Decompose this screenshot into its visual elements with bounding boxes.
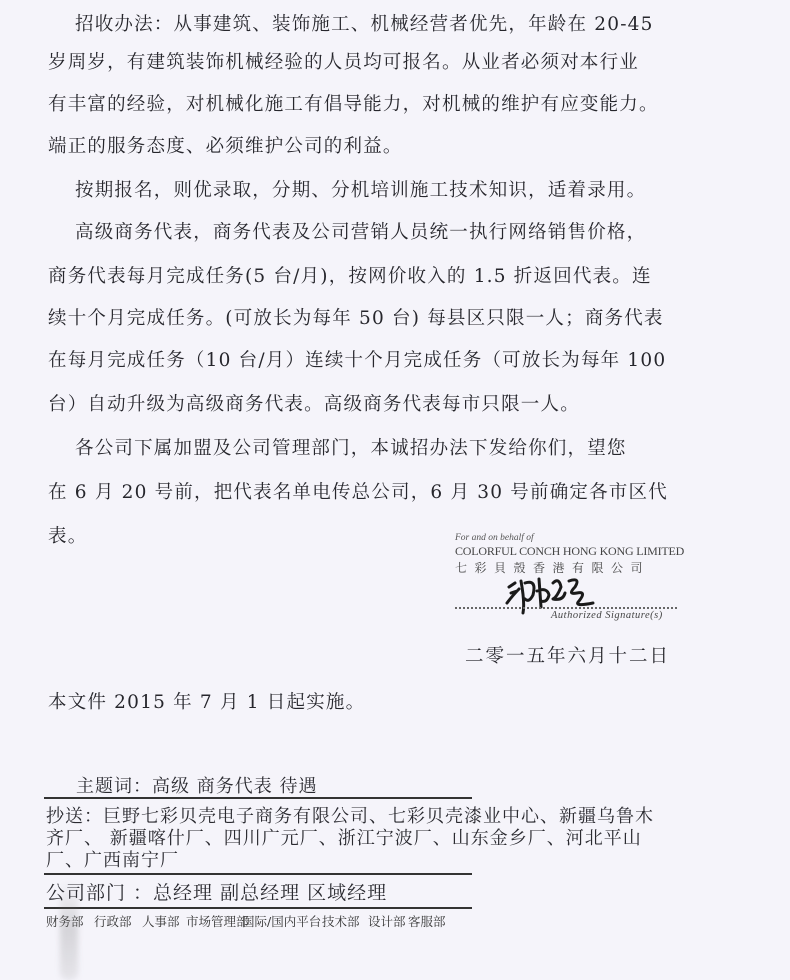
paragraph-line: 高级商务代表，商务代表及公司营销人员统一执行网络销售价格， — [75, 218, 646, 244]
paragraph-line: 有丰富的经验，对机械化施工有倡导能力，对机械的维护有应变能力。 — [48, 90, 659, 116]
document-date: 二零一五年六月十二日 — [465, 642, 670, 668]
cc-line: 厂、广西南宁厂 — [46, 846, 179, 872]
paragraph-line: 台）自动升级为高级商务代表。高级商务代表每市只限一人。 — [48, 390, 580, 416]
paragraph-line: 续十个月完成任务。(可放长为每年 50 台) 每县区只限一人；商务代表 — [48, 304, 664, 330]
department-item: 人事部 — [142, 912, 180, 930]
authorized-signature-label: Authorized Signature(s) — [551, 610, 663, 621]
divider — [44, 797, 472, 799]
signature-block: For and on behalf of COLORFUL CONCH HONG… — [455, 533, 695, 576]
for-behalf-text: For and on behalf of — [455, 533, 695, 543]
paragraph-line: 在 6 月 20 号前，把代表名单电传总公司，6 月 30 号前确定各市区代 — [48, 478, 668, 504]
paragraph-line: 端正的服务态度、必须维护公司的利益。 — [48, 132, 403, 158]
document-page: 招收办法：从事建筑、装饰施工、机械经营者优先，年龄在 20-45 岁周岁，有建筑… — [0, 0, 790, 980]
company-departments-line: 公司部门 ：总经理 副总经理 区域经理 — [46, 878, 387, 905]
department-item: 市场管理部 — [186, 912, 249, 930]
signature-line — [455, 607, 677, 609]
department-item: 国际/国内平台 — [242, 912, 321, 930]
paragraph-line: 按期报名，则优录取，分期、分机培训施工技术知识，适着录用。 — [75, 176, 646, 202]
paragraph-line: 招收办法：从事建筑、装饰施工、机械经营者优先，年龄在 20-45 — [75, 10, 654, 36]
paragraph-line: 岁周岁，有建筑装饰机械经验的人员均可报名。从业者必须对本行业 — [48, 48, 639, 74]
keywords-line: 主题词：高级 商务代表 待遇 — [76, 772, 317, 798]
divider — [44, 873, 472, 875]
department-item: 技术部 — [322, 912, 360, 930]
department-item: 客服部 — [408, 912, 446, 930]
paragraph-line: 商务代表每月完成任务(5 台/月)，按网价收入的 1.5 折返回代表。连 — [48, 262, 652, 288]
divider — [44, 907, 472, 909]
department-item: 行政部 — [94, 912, 132, 930]
paragraph-line: 表。 — [48, 522, 87, 548]
company-name-en: COLORFUL CONCH HONG KONG LIMITED — [455, 544, 695, 559]
paragraph-line: 在每月完成任务（10 台/月）连续十个月完成任务（可放长为每年 100 — [48, 346, 666, 372]
paragraph-line: 各公司下属加盟及公司管理部门，本诚招办法下发给你们，望您 — [75, 434, 627, 460]
scan-smudge — [60, 880, 78, 980]
effective-date-text: 本文件 2015 年 7 月 1 日起实施。 — [48, 688, 365, 714]
department-item: 设计部 — [368, 912, 406, 930]
